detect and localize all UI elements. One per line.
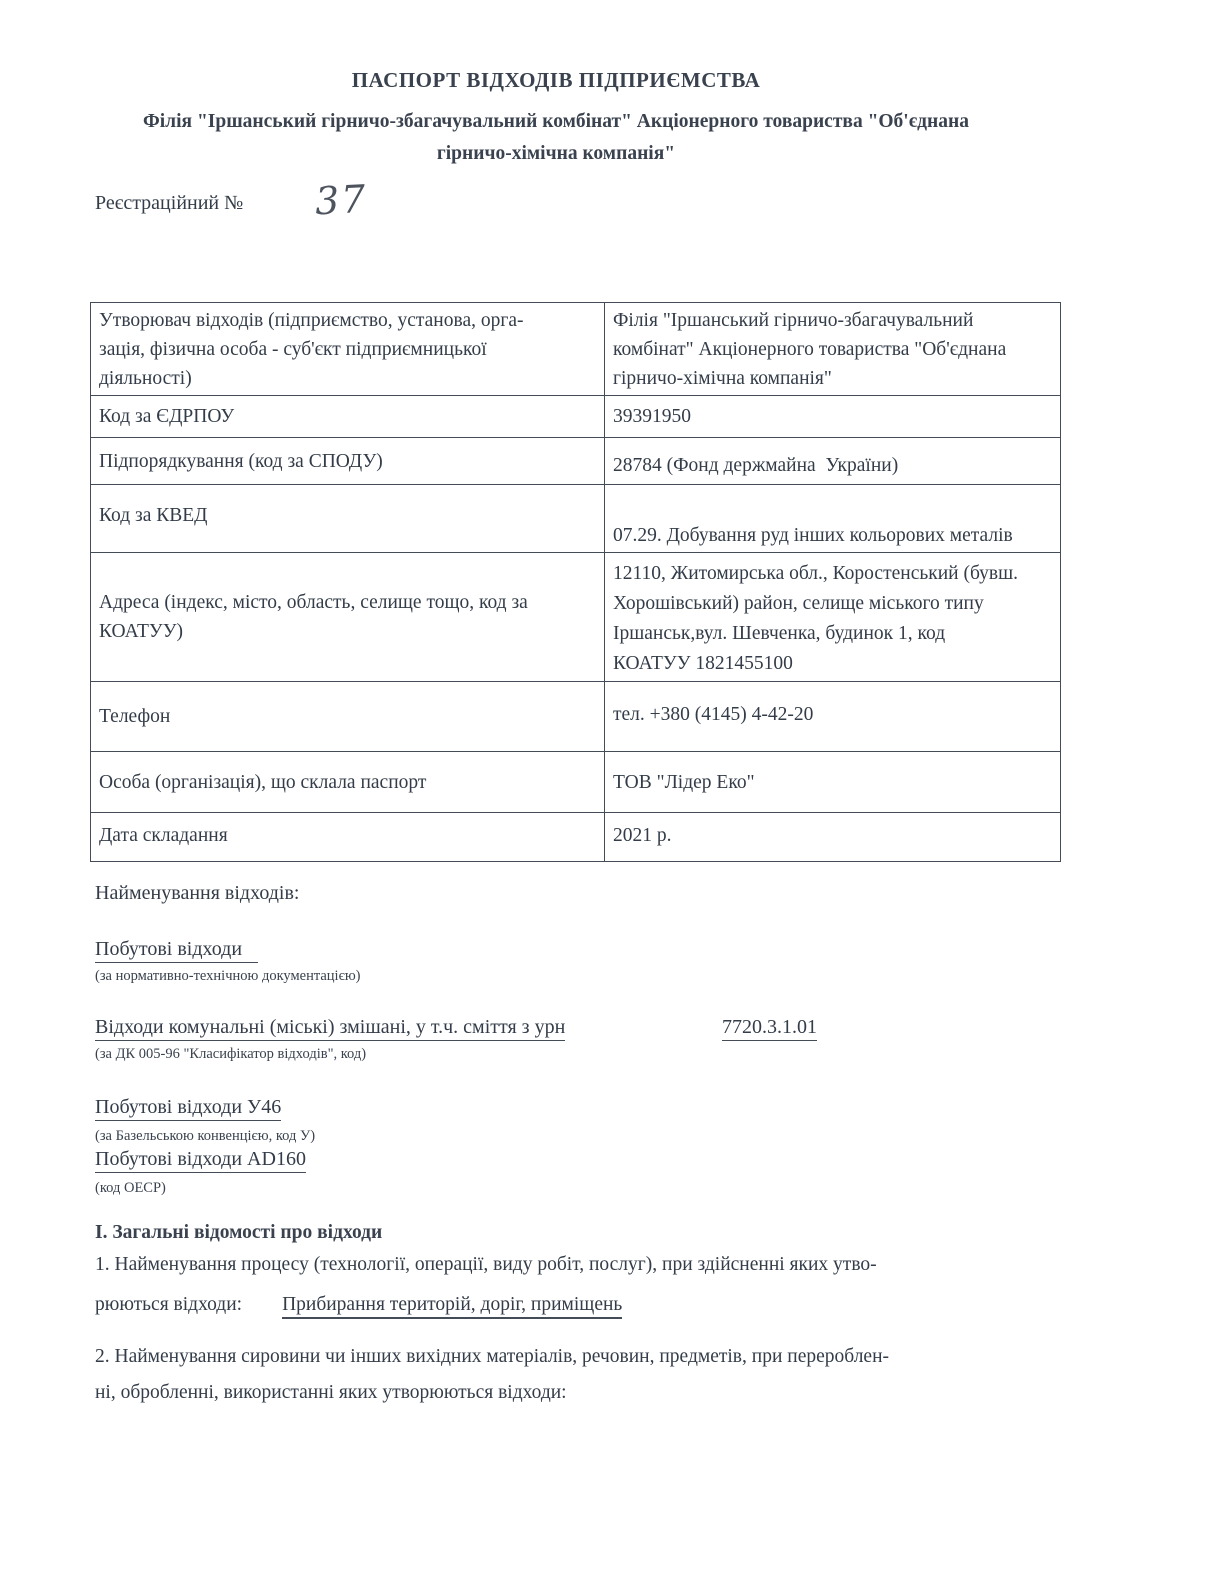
row-label-passport-author: Особа (організація), що склала паспорт bbox=[91, 752, 605, 813]
table-row: Код за ЄДРПОУ 39391950 bbox=[91, 396, 1061, 438]
table-row: Адреса (індекс, місто, область, селище т… bbox=[91, 553, 1061, 682]
waste-name-oecd: Побутові відходи AD160 bbox=[95, 1148, 306, 1173]
row-value-phone: тел. +380 (4145) 4-42-20 bbox=[605, 682, 1061, 752]
section1-heading: І. Загальні відомості про відходи bbox=[95, 1222, 382, 1244]
waste-note-oecd-code: (код ОЕСР) bbox=[95, 1180, 166, 1197]
row-value-subordination: 28784 (Фонд держмайна України) bbox=[605, 438, 1061, 485]
table-row: Утворювач відходів (підприємство, устано… bbox=[91, 303, 1061, 396]
waste-note-basel-convention: (за Базельською конвенцією, код У) bbox=[95, 1128, 315, 1145]
row-label-subordination: Підпорядкування (код за СПОДУ) bbox=[91, 438, 605, 485]
waste-code-dk: 7720.3.1.01 bbox=[722, 1016, 817, 1041]
section1-item2-line1: 2. Найменування сировини чи інших вихідн… bbox=[95, 1346, 889, 1368]
table-row: Телефон тел. +380 (4145) 4-42-20 bbox=[91, 682, 1061, 752]
table-row: Особа (організація), що склала паспорт Т… bbox=[91, 752, 1061, 813]
section1-item1-line1: 1. Найменування процесу (технології, опе… bbox=[95, 1254, 877, 1276]
waste-name-municipal-line: Відходи комунальні (міські) змішані, у т… bbox=[95, 1016, 995, 1041]
table-row: Дата складання 2021 р. bbox=[91, 813, 1061, 862]
section1-item1-prefix: рюються відходи: bbox=[95, 1294, 242, 1315]
row-label-kved-code: Код за КВЕД bbox=[91, 485, 605, 553]
row-value-address: 12110, Житомирська обл., Коростенський (… bbox=[605, 553, 1061, 682]
document-page: ПАСПОРТ ВІДХОДІВ ПІДПРИЄМСТВА Філія "Ірш… bbox=[0, 0, 1219, 1574]
row-label-date: Дата складання bbox=[91, 813, 605, 862]
row-value-passport-author: ТОВ "Лідер Еко" bbox=[605, 752, 1061, 813]
table-row: Код за КВЕД 07.29. Добування руд інших к… bbox=[91, 485, 1061, 553]
row-label-waste-generator: Утворювач відходів (підприємство, устано… bbox=[91, 303, 605, 396]
row-value-kved-code: 07.29. Добування руд інших кольорових ме… bbox=[605, 485, 1061, 553]
document-content: ПАСПОРТ ВІДХОДІВ ПІДПРИЄМСТВА Філія "Ірш… bbox=[90, 0, 1022, 1574]
section1-item1-process-value: Прибирання територій, доріг, приміщень bbox=[282, 1294, 622, 1319]
row-label-edrpou-code: Код за ЄДРПОУ bbox=[91, 396, 605, 438]
table-row: Підпорядкування (код за СПОДУ) 28784 (Фо… bbox=[91, 438, 1061, 485]
waste-name-municipal: Відходи комунальні (міські) змішані, у т… bbox=[95, 1016, 565, 1041]
waste-note-dk-classifier: (за ДК 005-96 "Класифікатор відходів", к… bbox=[95, 1046, 366, 1063]
section1-item1-line2: рюються відходи:Прибирання територій, до… bbox=[95, 1294, 622, 1319]
waste-name-basel: Побутові відходи У46 bbox=[95, 1096, 281, 1121]
waste-note-normative-doc: (за нормативно-технічною документацією) bbox=[95, 968, 360, 985]
row-value-edrpou-code: 39391950 bbox=[605, 396, 1061, 438]
registration-label: Реєстраційний № bbox=[95, 192, 243, 215]
row-value-date: 2021 р. bbox=[605, 813, 1061, 862]
row-value-waste-generator: Філія "Іршанський гірничо-збагачувальний… bbox=[605, 303, 1061, 396]
section1-item2-line2: ні, обробленні, використанні яких утворю… bbox=[95, 1382, 567, 1404]
waste-names-heading: Найменування відходів: bbox=[95, 882, 300, 905]
row-label-phone: Телефон bbox=[91, 682, 605, 752]
document-subtitle: Філія "Іршанський гірничо-збагачувальний… bbox=[70, 106, 1042, 170]
enterprise-info-table: Утворювач відходів (підприємство, устано… bbox=[90, 302, 1061, 862]
registration-number-handwritten: 37 bbox=[314, 177, 369, 224]
waste-name-household: Побутові відходи bbox=[95, 938, 258, 963]
document-title: ПАСПОРТ ВІДХОДІВ ПІДПРИЄМСТВА bbox=[90, 68, 1022, 93]
row-label-address: Адреса (індекс, місто, область, селище т… bbox=[91, 553, 605, 682]
